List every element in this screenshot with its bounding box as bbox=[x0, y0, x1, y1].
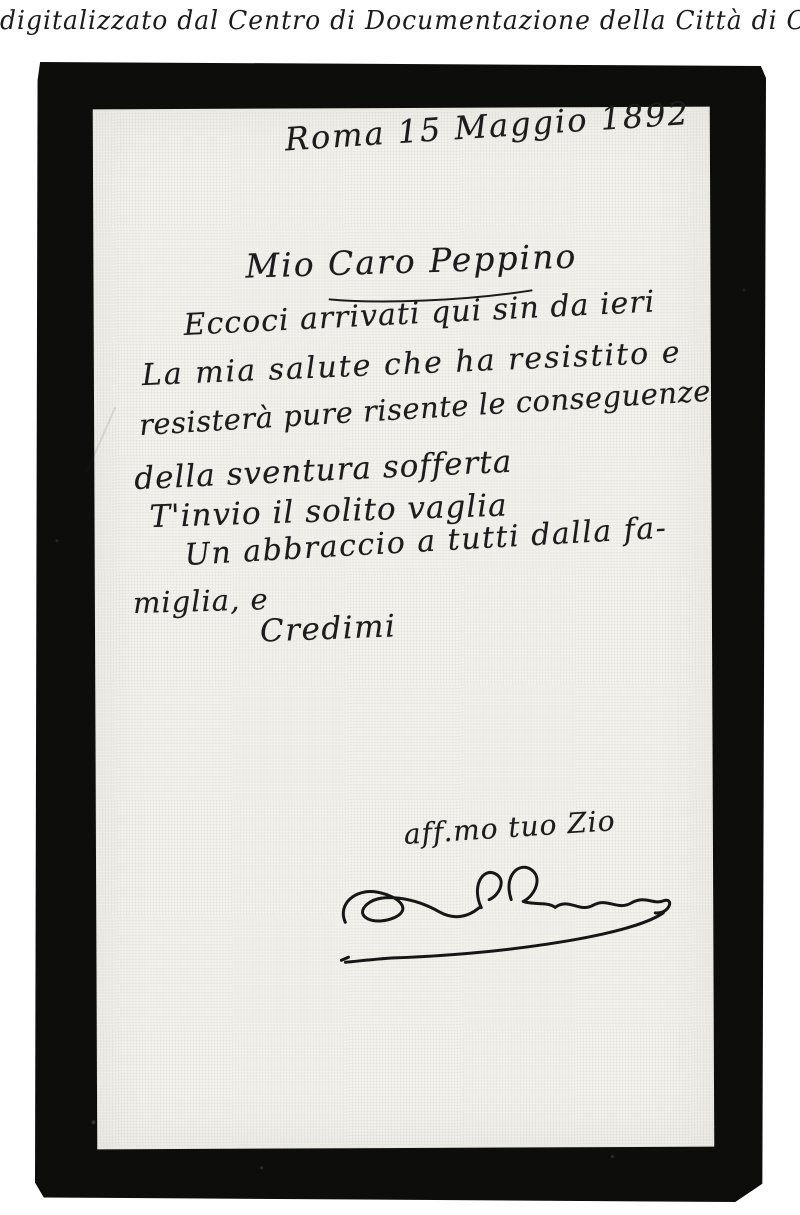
letter-date: Roma 15 Maggio 1892 bbox=[284, 94, 691, 158]
digitization-caption: digitalizzato dal Centro di Documentazio… bbox=[0, 5, 800, 53]
letter-body-line: Credimi bbox=[259, 608, 397, 649]
letter-salutation: Mio Caro Peppino bbox=[245, 237, 578, 286]
letter-body-line: miglia, e bbox=[132, 582, 269, 620]
letter-closing: aff.mo tuo Zio bbox=[403, 804, 617, 851]
letter-paper: Roma 15 Maggio 1892 Mio Caro Peppino Ecc… bbox=[93, 107, 715, 1150]
photo-frame: Roma 15 Maggio 1892 Mio Caro Peppino Ecc… bbox=[35, 62, 766, 1202]
paper-scratch-mark bbox=[86, 407, 116, 472]
scanned-letter-page: digitalizzato dal Centro di Documentazio… bbox=[0, 0, 800, 1215]
signature-flourish bbox=[331, 855, 686, 972]
